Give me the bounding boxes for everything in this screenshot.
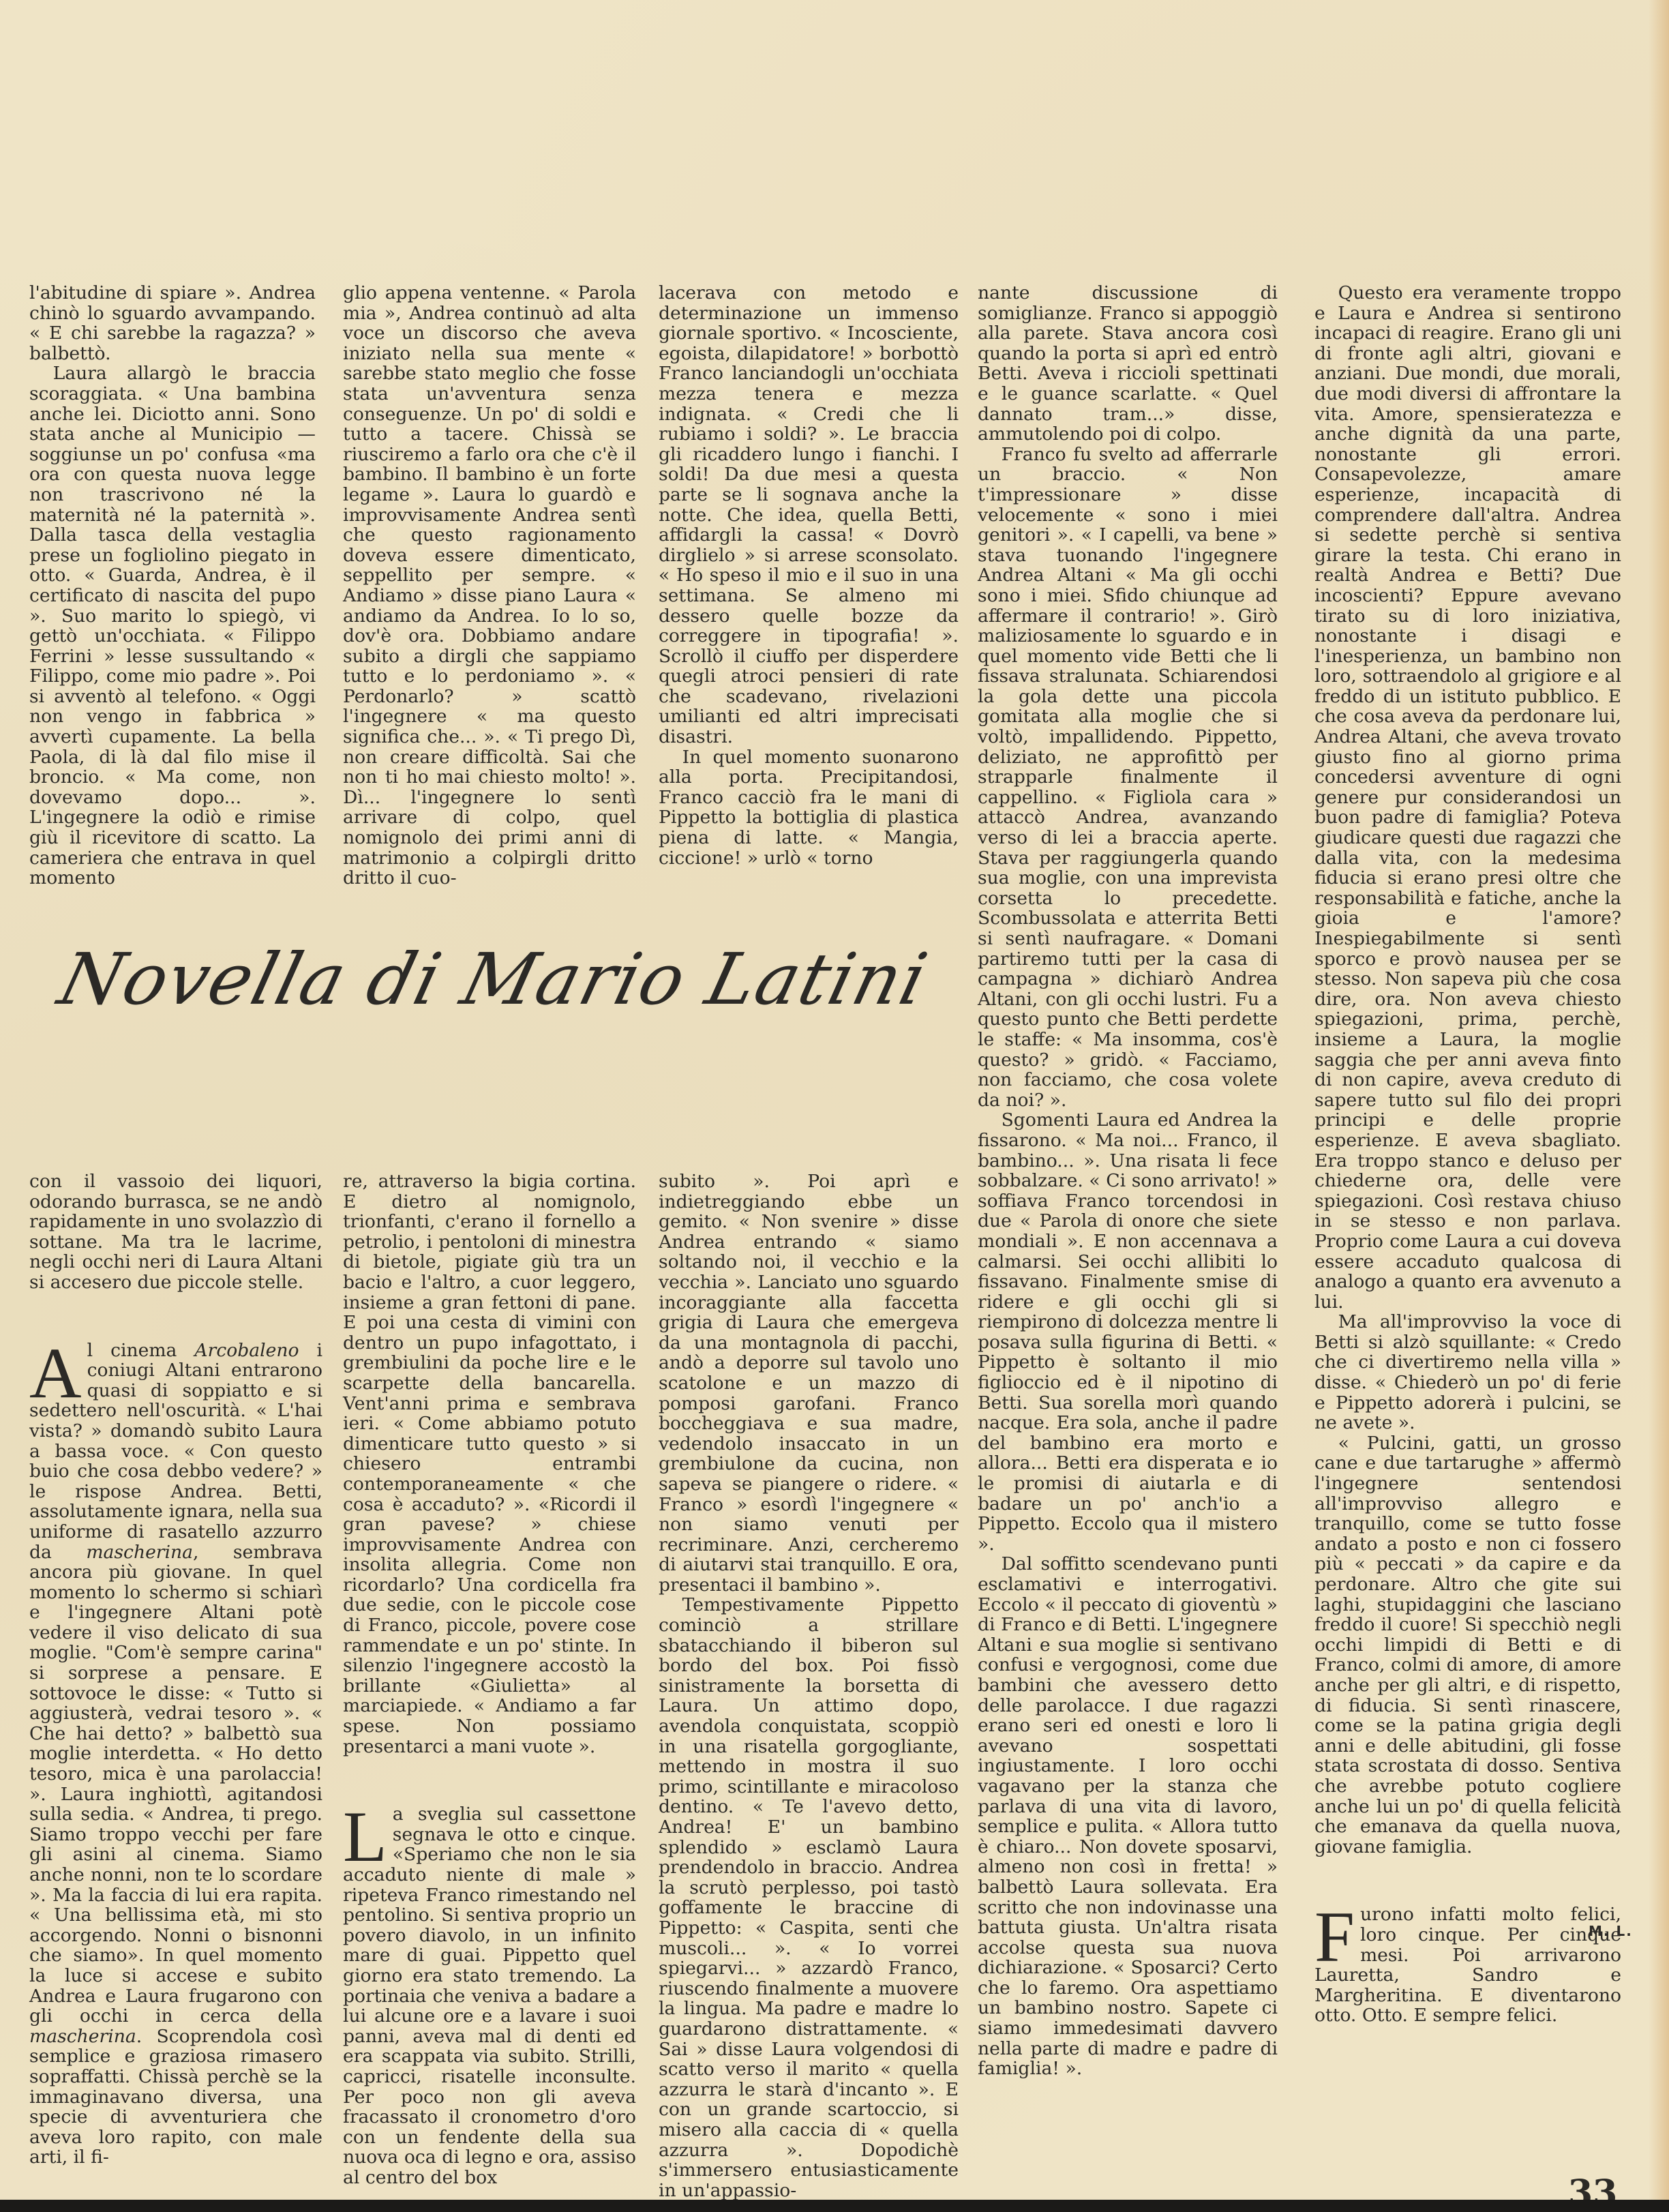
paragraph: Franco fu svelto ad afferrarle un bracci… bbox=[978, 445, 1278, 1111]
paragraph: subito ». Poi aprì e indietreggiando ebb… bbox=[659, 1171, 959, 1595]
column-bottom-3: subito ». Poi aprì e indietreggiando ebb… bbox=[659, 1171, 959, 2200]
section-text: . Scoprendola così semplice e graziosa r… bbox=[29, 2026, 322, 2168]
alarm-section: La sveglia sul cassettone segnava le ott… bbox=[343, 1804, 636, 2187]
author-signature: M. L. bbox=[1589, 1923, 1633, 1939]
page-bottom-edge bbox=[0, 2200, 1669, 2212]
cinema-name: Arcobaleno bbox=[194, 1340, 299, 1361]
paragraph: re, attraverso la bigia cortina. E dietr… bbox=[343, 1171, 636, 1757]
column-bottom-2: re, attraverso la bigia cortina. E dietr… bbox=[343, 1171, 636, 2188]
section-text: , sembrava ancora più giovane. In quel m… bbox=[29, 1542, 322, 2027]
section-text: l cinema bbox=[87, 1340, 195, 1361]
paragraph: Ma all'improvviso la voce di Betti si al… bbox=[1314, 1312, 1621, 1433]
cinema-section: Al cinema Arcobaleno i coniugi Altani en… bbox=[29, 1341, 322, 2168]
magazine-page: l'abitudine di spiare ». Andrea chinò lo… bbox=[0, 0, 1669, 2212]
paragraph: l'abitudine di spiare ». Andrea chinò lo… bbox=[29, 283, 316, 363]
story-title: Novella di Mario Latini bbox=[61, 938, 879, 1047]
paragraph: glio appena ventenne. « Parola mia », An… bbox=[343, 283, 636, 888]
paragraph: Questo era veramente troppo e Laura e An… bbox=[1314, 283, 1621, 1312]
final-section-text: urono infatti molto felici, loro cinque.… bbox=[1314, 1904, 1621, 2026]
column-5: Questo era veramente troppo e Laura e An… bbox=[1314, 283, 1621, 2026]
dropcap-l: L bbox=[343, 1810, 387, 1864]
dropcap-a: A bbox=[29, 1346, 82, 1401]
paragraph: nante discussione di somiglianze. Franco… bbox=[978, 283, 1278, 445]
paragraph: con il vassoio dei liquori, odorando bur… bbox=[29, 1171, 322, 1293]
column-top-2: glio appena ventenne. « Parola mia », An… bbox=[343, 283, 636, 888]
column-4: nante discussione di somiglianze. Franco… bbox=[978, 283, 1278, 2079]
paragraph: Laura allargò le braccia scoraggiata. « … bbox=[29, 363, 316, 888]
paragraph: Tempestivamente Pippetto cominciò a stri… bbox=[659, 1595, 959, 2200]
paragraph: Sgomenti Laura ed Andrea la fissarono. «… bbox=[978, 1110, 1278, 1554]
paragraph: lacerava con metodo e determinazione un … bbox=[659, 283, 959, 747]
paragraph: In quel momento suonarono alla porta. Pr… bbox=[659, 747, 959, 869]
paragraph: « Pulcini, gatti, un grosso cane e due t… bbox=[1314, 1433, 1621, 1857]
dropcap-f: F bbox=[1314, 1910, 1355, 1964]
italic-term: mascherina bbox=[29, 2026, 136, 2047]
column-top-3: lacerava con metodo e determinazione un … bbox=[659, 283, 959, 868]
story-title-text: Novella di Mario Latini bbox=[51, 938, 936, 1021]
final-section: Furono infatti molto felici, loro cinque… bbox=[1314, 1904, 1621, 2026]
paragraph: Dal soffitto scendevano punti esclamativ… bbox=[978, 1554, 1278, 2078]
italic-term: mascherina bbox=[86, 1542, 193, 1563]
column-top-1: l'abitudine di spiare ». Andrea chinò lo… bbox=[29, 283, 316, 888]
page-spine-shadow bbox=[1649, 0, 1669, 2212]
column-bottom-1: con il vassoio dei liquori, odorando bur… bbox=[29, 1171, 322, 2168]
